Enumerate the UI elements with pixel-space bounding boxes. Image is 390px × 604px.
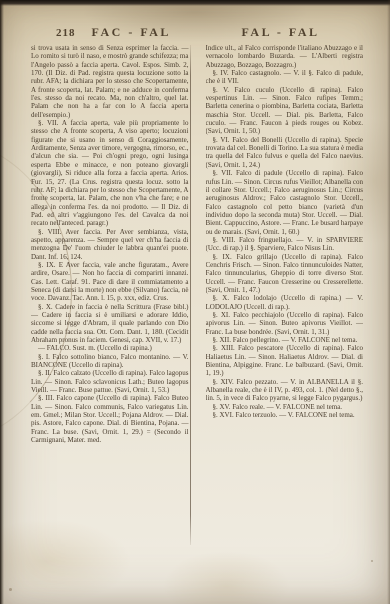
paragraph: §. VI. Falco del Bonelli (Uccello di rap…: [206, 136, 364, 169]
running-header-right: FAL - FAL: [197, 25, 364, 41]
paragraph: §. VII. Falco di padule (Uccello di rapi…: [206, 169, 364, 236]
paragraph: §. X. Falco lodolajo (Uccello di rapina.…: [206, 294, 364, 311]
paragraph: si trova usata in senso di Senza esprime…: [31, 44, 189, 119]
paragraph: §. XVI. Falco terzuolo. — V. FALCONE nel…: [206, 411, 364, 419]
paragraph: §. II. Falco calzato (Uccello di rapina)…: [31, 369, 189, 394]
paragraph: §. X. Cadere in faccia è nella Scrittura…: [31, 303, 189, 345]
paragraph: §. III. Falco capone (Uccello di rapina)…: [31, 394, 189, 444]
running-header-left: 218 FAC - FAL: [30, 25, 197, 41]
text-columns: si trova usata in senso di Senza esprime…: [31, 44, 363, 594]
paragraph: §. XI. Falco pecchiajolo (Uccello di rap…: [206, 311, 364, 336]
paragraph: §. IX. Falco grillajo (Uccello di rapina…: [206, 253, 364, 295]
paragraph: §. VIII. Aver faccia. Per Aver sembianza…: [31, 228, 189, 261]
running-head-left-title: FAC - FAL: [92, 25, 171, 40]
running-header: 218 FAC - FAL FAL - FAL: [30, 25, 364, 41]
paragraph: §. XIV. Falco pezzato. — V. in ALBANELLA…: [206, 378, 364, 403]
right-column: Indice ult., al Falco corrisponde l'ital…: [206, 44, 364, 594]
paper-speck: [371, 560, 373, 562]
paragraph: §. XII. Falco pellegrino. — V. FALCONE n…: [206, 336, 364, 344]
paragraph: §. XV. Falco reale. — V. FALCONE nel tem…: [206, 403, 364, 411]
paragraph: Indice ult., al Falco corrisponde l'ital…: [206, 44, 364, 69]
paragraph: §. VII. A faccia aperta, vale più propri…: [31, 119, 189, 227]
scanned-book-page: 218 FAC - FAL FAL - FAL si trova usata i…: [0, 0, 390, 604]
scan-edge-left: [0, 0, 4, 604]
paper-speck: [9, 588, 12, 591]
paragraph: §. XIII. Falco pescatore (Uccello di rap…: [206, 344, 364, 377]
paragraph: §. VIII. Falco fringuellajo. — V. in SPA…: [206, 236, 364, 253]
running-head-right-title: FAL - FAL: [241, 25, 319, 40]
paragraph: — FALCO. Sust. m. (Uccello di rapina.): [31, 344, 189, 352]
paragraph: §. V. Falco cuculo (Uccello di rapina). …: [206, 86, 364, 136]
scan-edge-top: [0, 0, 390, 6]
paragraph: §. I. Falco sottolino bianco, Falco mont…: [31, 353, 189, 370]
paragraph: §. IV. Falco castagnolo. — V. il §. Falc…: [206, 69, 364, 86]
left-column: si trova usata in senso di Senza esprime…: [31, 44, 189, 594]
paragraph: §. IX. E Aver faccia, vale anche figurat…: [31, 261, 189, 303]
page-number: 218: [56, 27, 76, 39]
